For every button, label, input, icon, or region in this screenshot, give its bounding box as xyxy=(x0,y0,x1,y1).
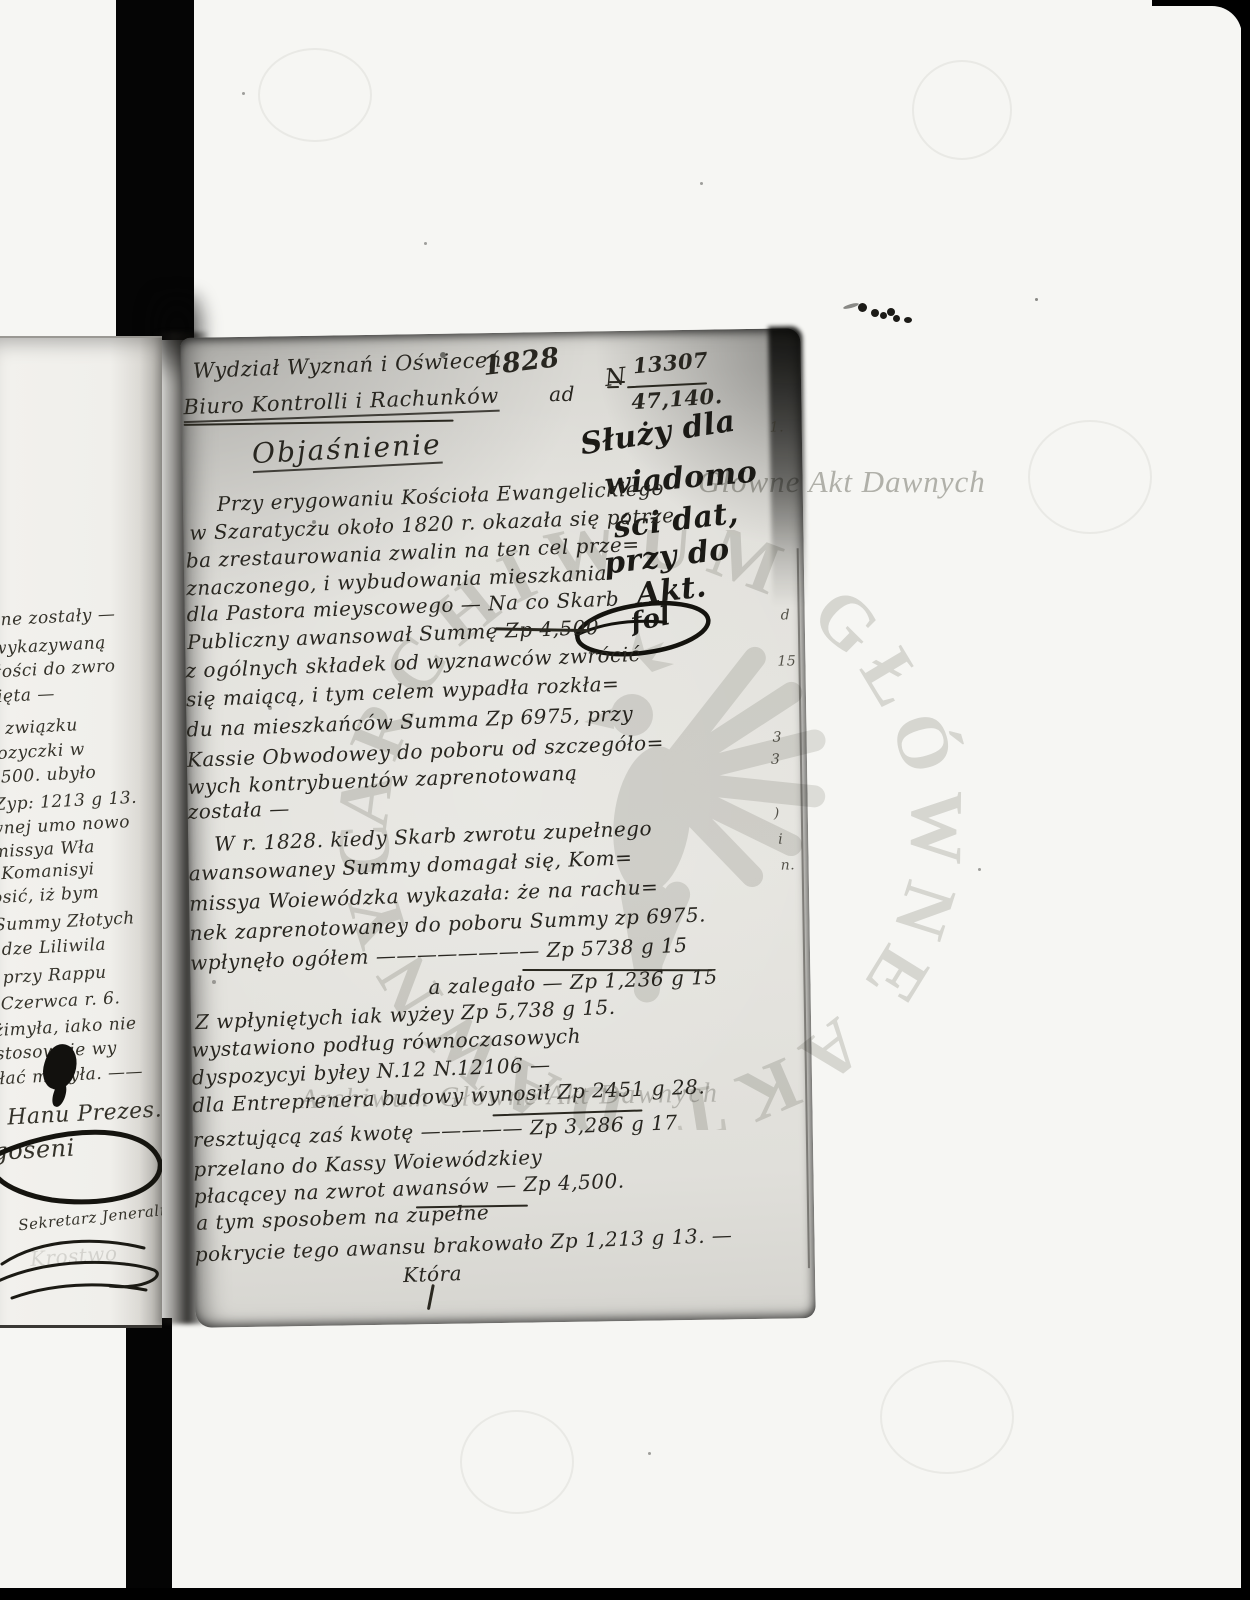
ink-stroke xyxy=(609,381,625,383)
backing-ornament xyxy=(880,1360,1014,1474)
archive-watermark-text: Główne Akt Dawnych xyxy=(698,464,986,500)
backing-ornament xyxy=(1028,420,1152,534)
ink-speck xyxy=(978,868,981,871)
ink-speck xyxy=(843,302,859,310)
manuscript-line: wykazywaną xyxy=(0,635,106,658)
ink-speck xyxy=(700,182,703,185)
edge-bleed-mark: 1. xyxy=(770,420,785,434)
ref-numerator: 13307 xyxy=(632,349,709,376)
ink-speck xyxy=(312,520,316,524)
dept-line-2: Biuro Kontrolli i Rachunków xyxy=(183,386,499,424)
edge-bleed-mark: d xyxy=(781,608,791,622)
manuscript-line: ma związku xyxy=(0,717,78,740)
manuscript-line: Która xyxy=(403,1263,463,1285)
case-number: 1828 xyxy=(481,344,561,380)
manuscript-line: ej Zyp: 1213 g 13. xyxy=(0,790,137,816)
edge-bleed-mark: 3 xyxy=(773,731,783,745)
archival-scan-photo: clane zostały —wykazywanąległości do zwr… xyxy=(0,0,1250,1600)
backing-ornament xyxy=(912,60,1012,160)
ink-stroke xyxy=(607,386,619,388)
page-edge-line xyxy=(797,548,810,1268)
photo-right-edge xyxy=(1241,28,1250,1600)
edge-bleed-mark: 15 xyxy=(777,654,796,668)
manuscript-line: clane zostały — xyxy=(0,606,116,630)
manuscript-line: p: 4500. ubyło xyxy=(0,765,97,789)
book-gutter-top xyxy=(116,0,194,340)
ink-speck xyxy=(893,315,900,322)
manuscript-line: prosić, iż bym xyxy=(0,885,99,909)
ink-speck xyxy=(212,980,216,984)
manuscript-line: więta — xyxy=(0,686,55,707)
edge-bleed-mark: ) xyxy=(774,807,780,821)
backing-ornament xyxy=(460,1410,574,1514)
edge-bleed-mark: i xyxy=(778,833,783,847)
ink-speck xyxy=(880,312,887,319)
ink-speck xyxy=(440,352,446,358)
manuscript-line: t Komanisyi xyxy=(0,861,95,884)
ink-stroke xyxy=(427,1284,435,1310)
ink-speck xyxy=(268,706,272,710)
manuscript-line: ległości do zwro xyxy=(0,658,116,683)
ink-speck xyxy=(904,317,912,323)
manuscript-line: wadze Liliwila xyxy=(0,937,107,961)
manuscript-line: pozyczki w xyxy=(0,741,85,763)
dept-line-1: Wydział Wyznań i Oświeceń xyxy=(192,350,502,382)
ink-speck xyxy=(424,242,427,245)
ink-speck xyxy=(858,303,867,312)
backing-ornament xyxy=(258,48,372,142)
photo-bottom-edge xyxy=(0,1588,1250,1600)
margin-note: Służy dla xyxy=(578,407,737,461)
manuscript-line: została — xyxy=(187,798,290,822)
signature-flourish xyxy=(0,1118,162,1328)
manuscript-line: złożimyła, iako nie xyxy=(0,1016,137,1042)
manuscript-line: awnej umo nowo xyxy=(0,814,130,839)
manuscript-line: ło przy Rappu xyxy=(0,965,107,989)
manuscript-line: w. Czerwca r. 6. xyxy=(0,990,121,1015)
ref-ad: ad xyxy=(549,384,575,404)
manuscript-line: resztującą zaś kwotę ————— Zp 3,286 g 17 xyxy=(193,1112,678,1150)
ink-speck xyxy=(1035,298,1038,301)
ink-stroke xyxy=(522,969,712,971)
manuscript-line: omissya Wła xyxy=(0,839,95,862)
book-gutter-bottom xyxy=(126,1318,172,1600)
edge-bleed-mark: n. xyxy=(781,858,796,872)
backing-sheet-corner xyxy=(1138,6,1242,70)
ink-speck xyxy=(871,309,879,317)
manuscript-line: Summy Złotych xyxy=(0,910,135,934)
edge-bleed-mark: 3 xyxy=(771,753,781,767)
ink-speck xyxy=(648,1452,651,1455)
ink-speck xyxy=(242,92,245,95)
left-page: clane zostały —wykazywanąległości do zwr… xyxy=(0,336,162,1328)
page-title: Objaśnienie xyxy=(251,431,442,474)
